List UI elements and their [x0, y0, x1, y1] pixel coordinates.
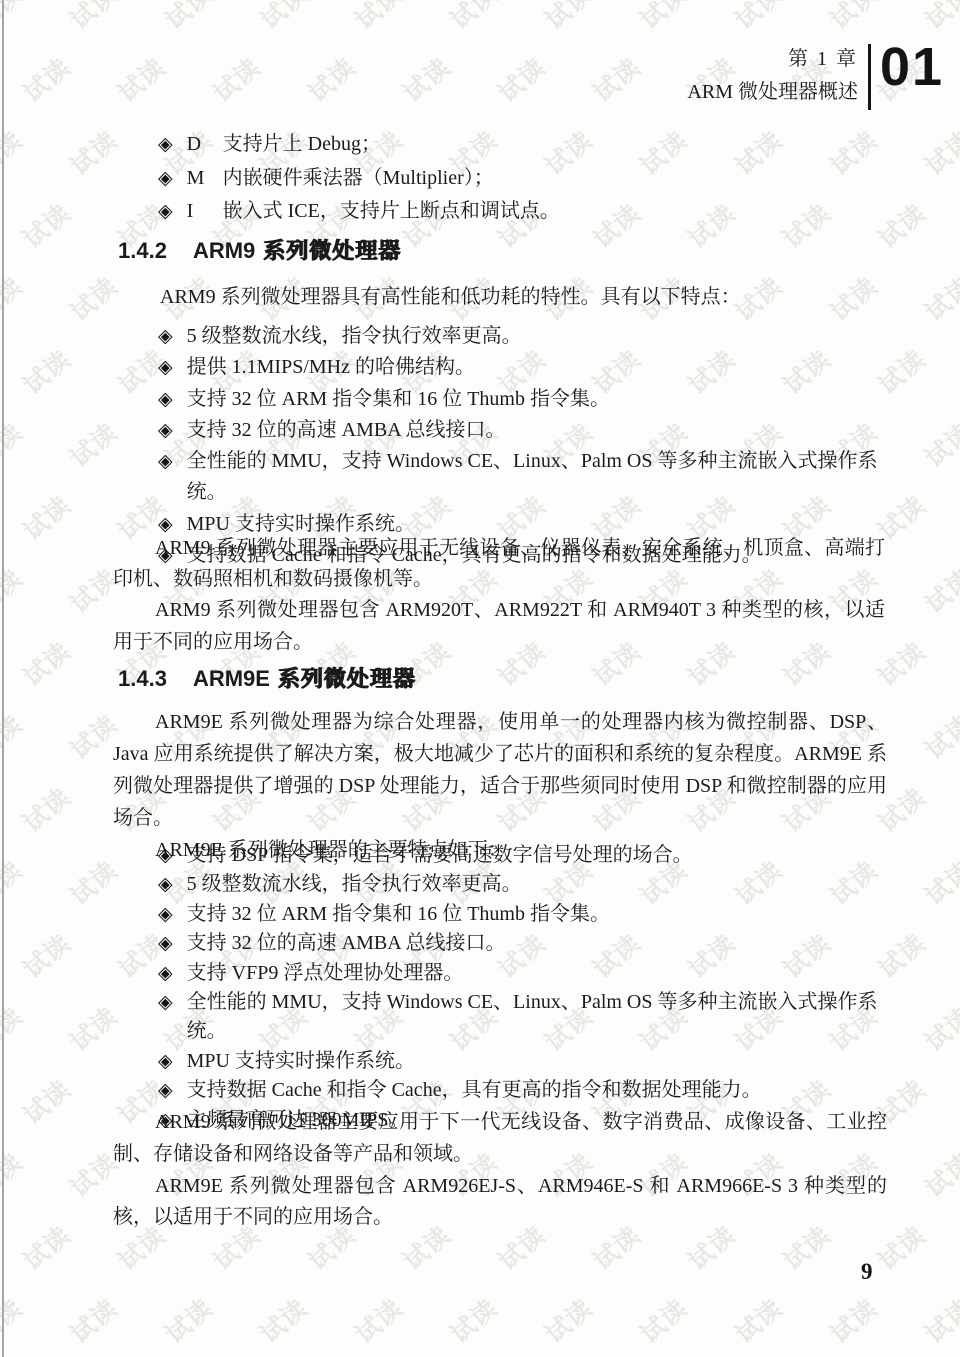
section-heading-143: 1.4.3ARM9E系列微处理器 — [118, 662, 416, 693]
feature-text: 嵌入式 ICE，支持片上断点和调试点。 — [223, 195, 560, 228]
running-header: 第 1 章 ARM 微处理器概述 — [687, 42, 858, 104]
diamond-bullet-icon: ◈ — [158, 321, 173, 352]
list-item: ◈5 级整数流水线，指令执行效率更高。 — [158, 870, 906, 899]
list-item: ◈M内嵌硬件乘法器（Multiplier）； — [158, 162, 898, 196]
diamond-bullet-icon: ◈ — [158, 196, 173, 229]
page-content: 第 1 章 ARM 微处理器概述 01 ◈D支持片上 Debug；◈M内嵌硬件乘… — [0, 0, 960, 1357]
diamond-bullet-icon: ◈ — [158, 900, 173, 929]
paragraph: ARM9E 系列微处理器为综合处理器，使用单一的处理器内核为微控制器、DSP、J… — [113, 706, 887, 834]
diamond-bullet-icon: ◈ — [158, 929, 173, 958]
tdmi-feature-list: ◈D支持片上 Debug；◈M内嵌硬件乘法器（Multiplier）；◈I嵌入式… — [158, 128, 898, 229]
list-item: ◈支持 DSP 指令集，适合于需要高速数字信号处理的场合。 — [158, 841, 906, 870]
diamond-bullet-icon: ◈ — [158, 841, 173, 870]
list-item: ◈5 级整数流水线，指令执行效率更高。 — [158, 321, 902, 352]
chapter-label: 第 1 章 — [687, 42, 858, 71]
paragraph: ARM9E 系列微处理器包含 ARM926EJ-S、ARM946E-S 和 AR… — [113, 1171, 887, 1235]
diamond-bullet-icon: ◈ — [158, 988, 173, 1017]
list-item: ◈支持 VFP9 浮点处理协处理器。 — [158, 959, 906, 988]
paragraph: ARM9 系列微处理器主要应用于下一代无线设备、数字消费品、成像设备、工业控制、… — [113, 1107, 887, 1171]
feature-text: 提供 1.1MIPS/MHz 的哈佛结构。 — [187, 352, 475, 383]
list-item: ◈提供 1.1MIPS/MHz 的哈佛结构。 — [158, 352, 902, 383]
diamond-bullet-icon: ◈ — [158, 959, 173, 988]
feature-text: 全性能的 MMU，支持 Windows CE、Linux、Palm OS 等多种… — [187, 446, 902, 509]
diamond-bullet-icon: ◈ — [158, 446, 173, 477]
feature-text: 5 级整数流水线，指令执行效率更高。 — [187, 870, 522, 899]
feature-text: 支持 32 位的高速 AMBA 总线接口。 — [187, 415, 506, 446]
feature-text: 支持 32 位 ARM 指令集和 16 位 Thumb 指令集。 — [187, 384, 610, 415]
feature-text: 支持 DSP 指令集，适合于需要高速数字信号处理的场合。 — [187, 841, 693, 870]
list-item: ◈支持数据 Cache 和指令 Cache，具有更高的指令和数据处理能力。 — [158, 1076, 906, 1105]
feature-text: 全性能的 MMU，支持 Windows CE、Linux、Palm OS 等多种… — [187, 988, 906, 1047]
list-item: ◈全性能的 MMU，支持 Windows CE、Linux、Palm OS 等多… — [158, 446, 902, 509]
feature-text: 5 级整数流水线，指令执行效率更高。 — [187, 321, 522, 352]
section-heading-142: 1.4.2ARM9系列微处理器 — [118, 234, 401, 265]
feature-text: 支持片上 Debug； — [223, 128, 381, 161]
scanned-book-page: 试读试读试读试读试读试读试读试读试读试读试读试读试读试读试读试读试读试读试读试读… — [0, 0, 960, 1357]
diamond-bullet-icon: ◈ — [158, 352, 173, 383]
arm9e-applications: ARM9 系列微处理器主要应用于下一代无线设备、数字消费品、成像设备、工业控制、… — [113, 1107, 887, 1234]
feature-text: 支持 32 位 ARM 指令集和 16 位 Thumb 指令集。 — [187, 900, 610, 929]
feature-letter: D — [187, 128, 223, 161]
chapter-title: ARM 微处理器概述 — [687, 75, 858, 104]
diamond-bullet-icon: ◈ — [158, 870, 173, 899]
arm9e-feature-list: ◈支持 DSP 指令集，适合于需要高速数字信号处理的场合。◈5 级整数流水线，指… — [158, 841, 906, 1135]
feature-text: 支持数据 Cache 和指令 Cache，具有更高的指令和数据处理能力。 — [187, 1076, 762, 1105]
diamond-bullet-icon: ◈ — [158, 163, 173, 196]
list-item: ◈支持 32 位 ARM 指令集和 16 位 Thumb 指令集。 — [158, 384, 902, 415]
diamond-bullet-icon: ◈ — [158, 415, 173, 446]
diamond-bullet-icon: ◈ — [158, 384, 173, 415]
arm9-applications: ARM9 系列微处理器主要应用于无线设备、仪器仪表、安全系统、机顶盒、高端打印机… — [113, 533, 885, 658]
list-item: ◈支持 32 位的高速 AMBA 总线接口。 — [158, 929, 906, 958]
chapter-number: 01 — [880, 36, 944, 98]
section-number: 1.4.2 — [118, 238, 167, 263]
header-divider — [868, 44, 871, 110]
list-item: ◈D支持片上 Debug； — [158, 128, 898, 162]
diamond-bullet-icon: ◈ — [158, 129, 173, 162]
list-item: ◈支持 32 位 ARM 指令集和 16 位 Thumb 指令集。 — [158, 900, 906, 929]
page-number: 9 — [861, 1259, 873, 1285]
paragraph: ARM9 系列微处理器具有高性能和低功耗的特性。具有以下特点： — [118, 280, 884, 309]
diamond-bullet-icon: ◈ — [158, 1076, 173, 1105]
section-title-cn: 系列微处理器 — [263, 238, 401, 263]
paragraph: ARM9 系列微处理器包含 ARM920T、ARM922T 和 ARM940T … — [113, 595, 885, 657]
section-number: 1.4.3 — [118, 666, 167, 691]
diamond-bullet-icon: ◈ — [158, 1047, 173, 1076]
feature-letter: I — [187, 195, 223, 228]
arm9-intro-paragraph: ARM9 系列微处理器具有高性能和低功耗的特性。具有以下特点： — [118, 280, 884, 309]
list-item: ◈支持 32 位的高速 AMBA 总线接口。 — [158, 415, 902, 446]
paragraph: ARM9 系列微处理器主要应用于无线设备、仪器仪表、安全系统、机顶盒、高端打印机… — [113, 533, 885, 595]
section-title-en: ARM9 — [193, 238, 255, 263]
list-item: ◈MPU 支持实时操作系统。 — [158, 1047, 906, 1076]
feature-text: MPU 支持实时操作系统。 — [187, 1047, 415, 1076]
section-title-cn: 系列微处理器 — [278, 666, 416, 691]
feature-text: 支持 VFP9 浮点处理协处理器。 — [187, 959, 464, 988]
list-item: ◈全性能的 MMU，支持 Windows CE、Linux、Palm OS 等多… — [158, 988, 906, 1047]
list-item: ◈I嵌入式 ICE，支持片上断点和调试点。 — [158, 195, 898, 229]
feature-text: 内嵌硬件乘法器（Multiplier）； — [223, 162, 494, 195]
feature-letter: M — [187, 162, 223, 195]
section-title-en: ARM9E — [193, 666, 270, 691]
feature-text: 支持 32 位的高速 AMBA 总线接口。 — [187, 929, 506, 958]
